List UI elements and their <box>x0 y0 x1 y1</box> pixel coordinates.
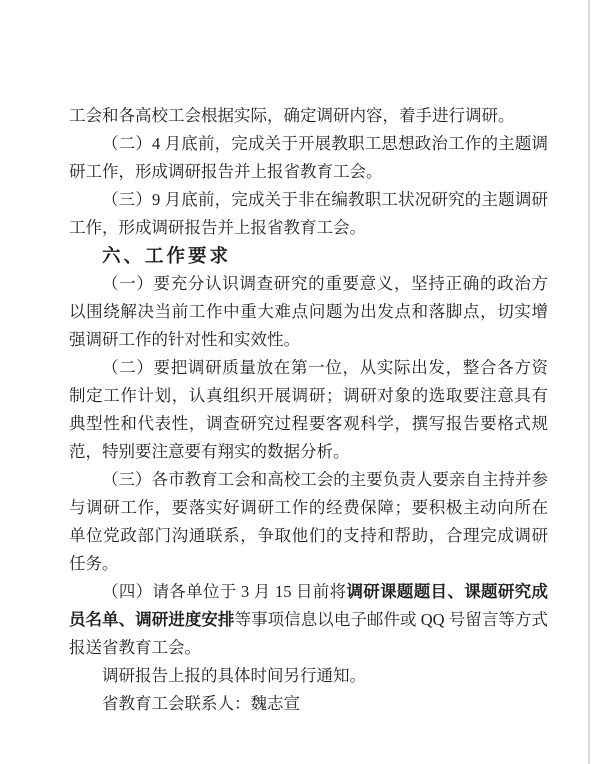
text-line: 工作，形成调研报告并上报省教育工会。 <box>69 214 548 242</box>
text-run: 制定工作计划，认真组织开展调研；调研对象的选取要注意具有 <box>69 386 548 405</box>
document-page: 工会和各高校工会根据实际，确定调研内容，着手进行调研。（二）4 月底前，完成关于… <box>0 0 593 764</box>
text-run: 工会和各高校工会根据实际，确定调研内容，着手进行调研。 <box>69 106 515 125</box>
text-line: 范，特别要注意要有翔实的数据分析。 <box>69 438 548 466</box>
text-line: （一）要充分认识调查研究的重要意义，坚持正确的政治方向， <box>69 270 548 298</box>
text-line: 典型性和代表性，调查研究过程要客观科学，撰写报告要格式规 <box>69 410 548 438</box>
text-line: （四）请各单位于 3 月 15 日前将调研课题题目、课题研究成 <box>69 578 548 606</box>
text-line: （三）各市教育工会和高校工会的主要负责人要亲自主持并参 <box>69 466 548 494</box>
section-heading: 六、工作要求 <box>69 242 548 270</box>
text-run: 六、工作要求 <box>102 245 231 266</box>
text-run: 报送省教育工会。 <box>69 638 201 657</box>
text-run: 省教育工会联系人：魏志宣 <box>102 694 300 713</box>
text-run: 与调研工作，要落实好调研工作的经费保障；要积极主动向所在 <box>69 498 548 517</box>
text-line: （二）要把调研质量放在第一位，从实际出发，整合各方资源， <box>69 354 548 382</box>
text-line: （三）9 月底前，完成关于非在编教职工状况研究的主题调研 <box>69 186 548 214</box>
page-edge-line <box>588 0 590 764</box>
text-run: 工作，形成调研报告并上报省教育工会。 <box>69 218 366 237</box>
text-line: 工会和各高校工会根据实际，确定调研内容，着手进行调研。 <box>69 102 548 130</box>
text-line: 报送省教育工会。 <box>69 634 548 662</box>
text-run: 等事项信息以电子邮件或 QQ 号留言等方式 <box>235 610 548 629</box>
text-run: 研工作，形成调研报告并上报省教育工会。 <box>69 162 383 181</box>
text-run: （四）请各单位于 3 月 15 日前将 <box>102 582 346 601</box>
text-run: （三）9 月底前，完成关于非在编教职工状况研究的主题调研 <box>102 190 548 209</box>
text-run: 典型性和代表性，调查研究过程要客观科学，撰写报告要格式规 <box>69 414 548 433</box>
text-run: 强调研工作的针对性和实效性。 <box>69 330 300 349</box>
text-run: 调研报告上报的具体时间另行通知。 <box>102 666 366 685</box>
text-run: （三）各市教育工会和高校工会的主要负责人要亲自主持并参 <box>102 470 548 489</box>
text-line: 省教育工会联系人：魏志宣 <box>69 690 548 718</box>
text-line: （二）4 月底前，完成关于开展教职工思想政治工作的主题调 <box>69 130 548 158</box>
document-text: 工会和各高校工会根据实际，确定调研内容，着手进行调研。（二）4 月底前，完成关于… <box>69 102 548 718</box>
text-run: 单位党政部门沟通联系，争取他们的支持和帮助，合理完成调研 <box>69 526 548 545</box>
text-line: 员名单、调研进度安排等事项信息以电子邮件或 QQ 号留言等方式 <box>69 606 548 634</box>
text-line: 与调研工作，要落实好调研工作的经费保障；要积极主动向所在 <box>69 494 548 522</box>
text-run: 调研课题题目、课题研究成 <box>346 582 548 601</box>
text-run: （二）要把调研质量放在第一位，从实际出发，整合各方资源， <box>69 358 548 382</box>
text-line: 单位党政部门沟通联系，争取他们的支持和帮助，合理完成调研 <box>69 522 548 550</box>
text-run: （一）要充分认识调查研究的重要意义，坚持正确的政治方向， <box>69 274 548 298</box>
text-line: 制定工作计划，认真组织开展调研；调研对象的选取要注意具有 <box>69 382 548 410</box>
text-run: 员名单、调研进度安排 <box>69 610 235 629</box>
text-line: 强调研工作的针对性和实效性。 <box>69 326 548 354</box>
text-line: 任务。 <box>69 550 548 578</box>
text-run: （二）4 月底前，完成关于开展教职工思想政治工作的主题调 <box>102 134 548 153</box>
text-line: 以围绕解决当前工作中重大难点问题为出发点和落脚点，切实增 <box>69 298 548 326</box>
text-line: 研工作，形成调研报告并上报省教育工会。 <box>69 158 548 186</box>
text-line: 调研报告上报的具体时间另行通知。 <box>69 662 548 690</box>
text-run: 以围绕解决当前工作中重大难点问题为出发点和落脚点，切实增 <box>69 302 548 321</box>
text-run: 范，特别要注意要有翔实的数据分析。 <box>69 442 350 461</box>
text-run: 任务。 <box>69 554 119 573</box>
